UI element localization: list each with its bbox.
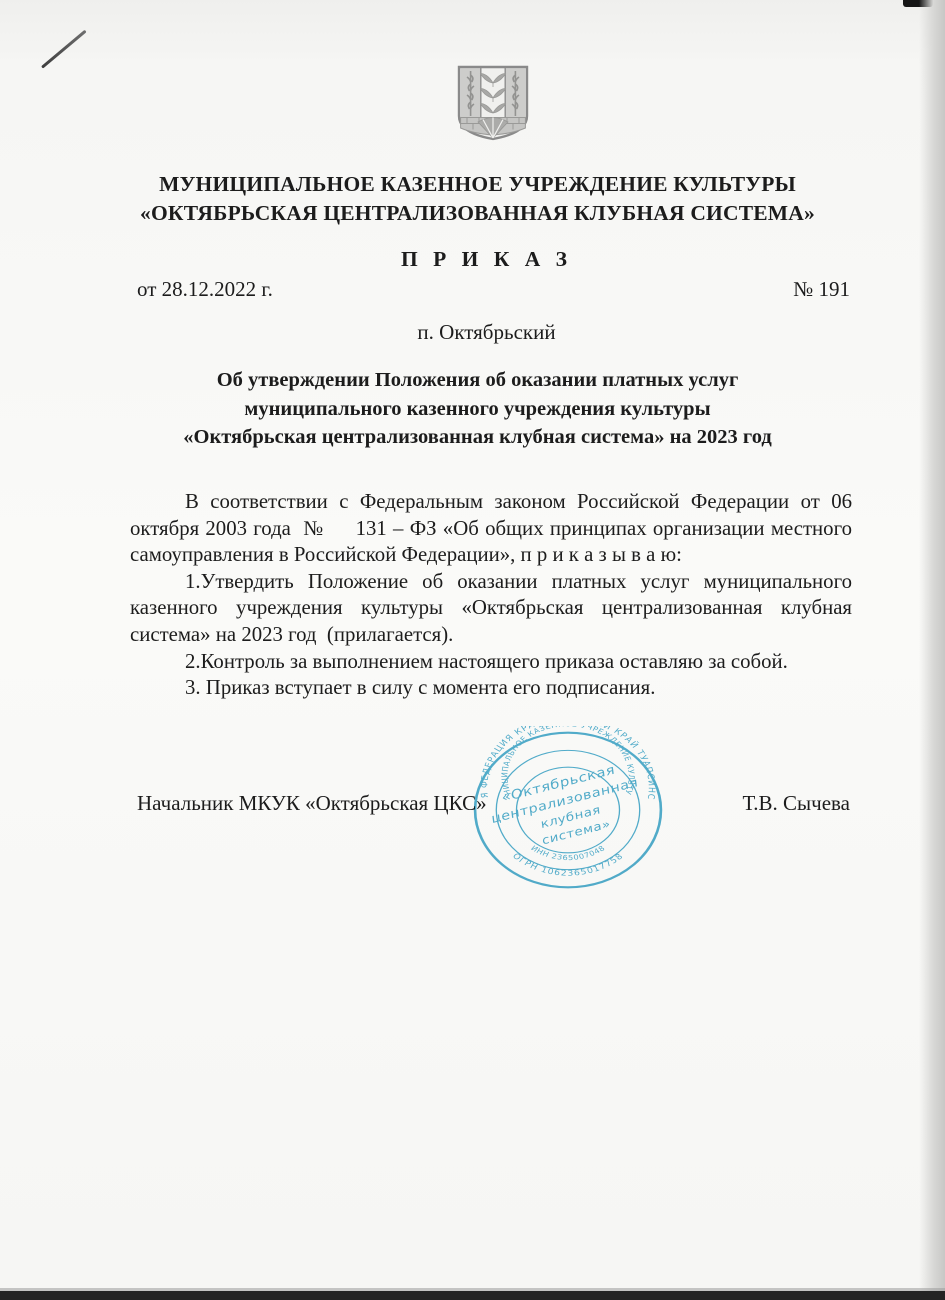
scan-bottom-edge (0, 1291, 945, 1300)
body-item-1: 1.Утвердить Положение об оказании платны… (130, 569, 852, 649)
scan-right-edge-shadow (919, 0, 945, 1300)
pen-stroke-mark (41, 30, 87, 69)
signature-name: Т.В. Сычева (743, 791, 850, 816)
organization-name-line2: «ОКТЯБРЬСКАЯ ЦЕНТРАЛИЗОВАННАЯ КЛУБНАЯ СИ… (60, 199, 895, 228)
date-number-row: от 28.12.2022 г. № 191 (137, 277, 850, 302)
order-subject-line1: Об утверждении Положения об оказании пла… (60, 366, 895, 395)
order-place: п. Октябрьский (14, 320, 945, 345)
order-date: от 28.12.2022 г. (137, 277, 273, 302)
organization-name-line1: МУНИЦИПАЛЬНОЕ КАЗЕННОЕ УЧРЕЖДЕНИЕ КУЛЬТУ… (60, 170, 895, 199)
coat-of-arms-emblem (453, 64, 533, 142)
order-subject-line2: муниципального казенного учреждения куль… (60, 395, 895, 424)
organization-name: МУНИЦИПАЛЬНОЕ КАЗЕННОЕ УЧРЕЖДЕНИЕ КУЛЬТУ… (60, 170, 895, 228)
signature-position: Начальник МКУК «Октябрьская ЦКС» (137, 791, 487, 816)
scanned-order-document: МУНИЦИПАЛЬНОЕ КАЗЕННОЕ УЧРЕЖДЕНИЕ КУЛЬТУ… (0, 0, 945, 1300)
body-item-2: 2.Контроль за выполнением настоящего при… (130, 649, 852, 676)
order-subject: Об утверждении Положения об оказании пла… (60, 366, 895, 452)
official-round-stamp: РОССИЙСКАЯ ФЕДЕРАЦИЯ КРАСНОДАРСКИЙ КРАЙ … (467, 726, 669, 894)
body-item-3: 3. Приказ вступает в силу с момента его … (130, 675, 852, 702)
order-subject-line3: «Октябрьская централизованная клубная си… (60, 423, 895, 452)
order-body: В соответствии с Федеральным законом Рос… (130, 489, 852, 702)
document-type-title: П Р И К А З (14, 247, 945, 272)
body-paragraph-intro: В соответствии с Федеральным законом Рос… (130, 489, 852, 569)
order-number: № 191 (793, 277, 850, 302)
